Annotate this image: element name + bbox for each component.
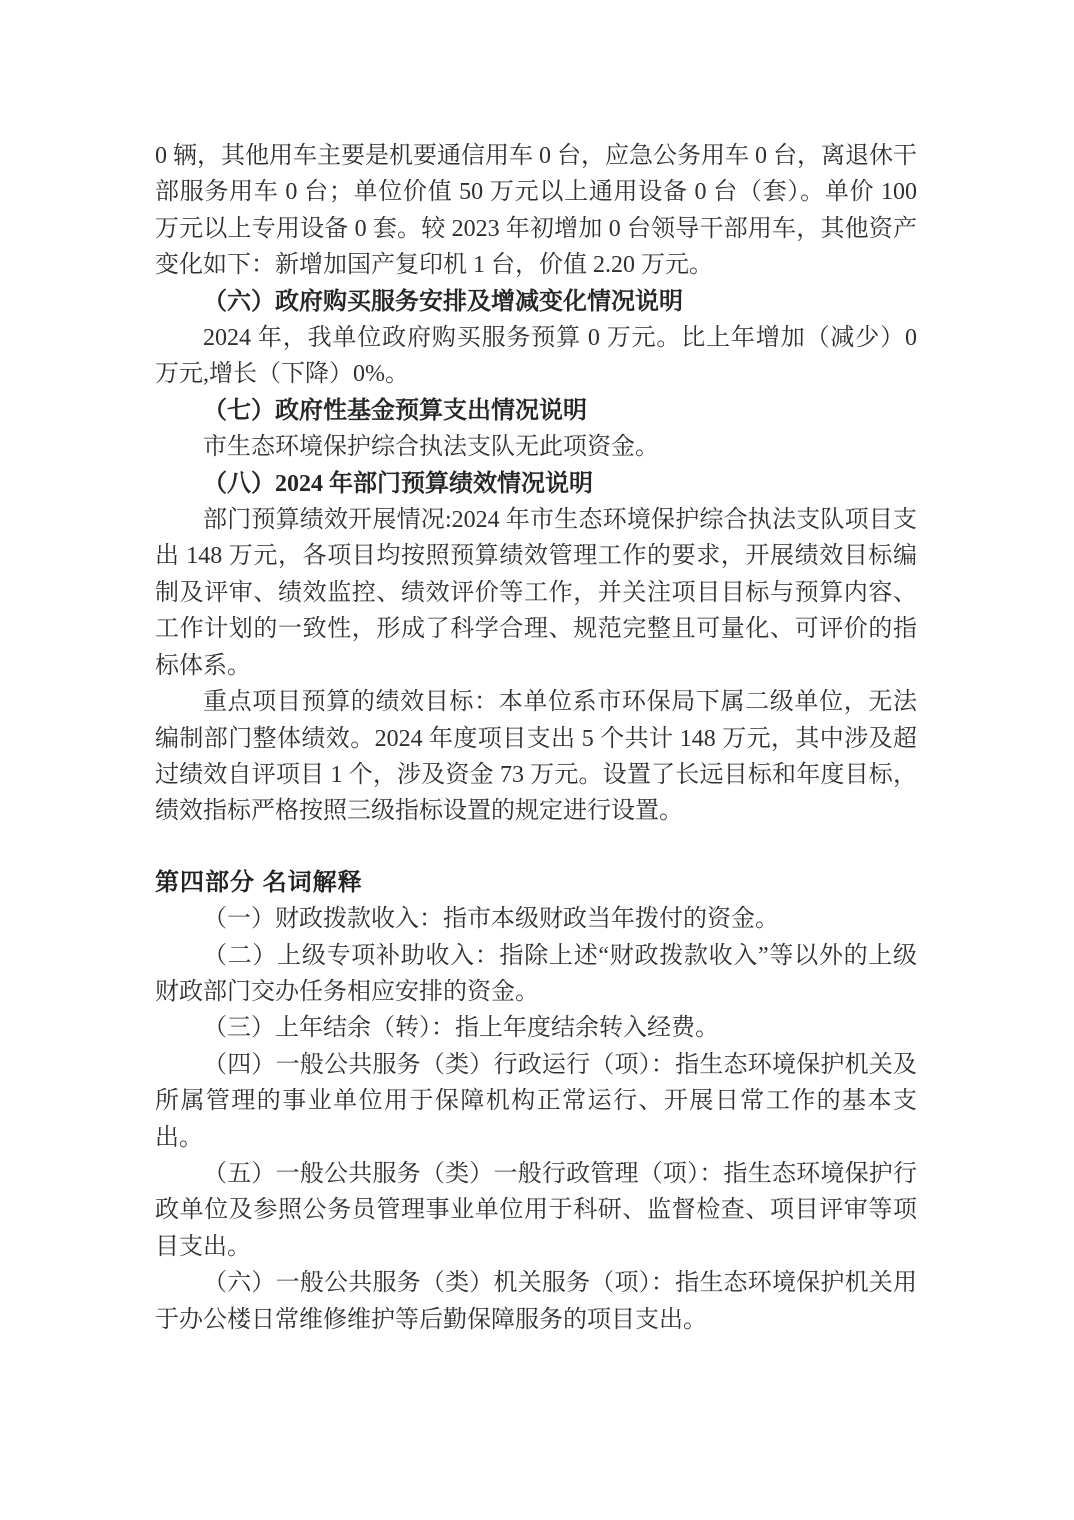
paragraph: （五）一般公共服务（类）一般行政管理（项）：指生态环境保护行政单位及参照公务员管… xyxy=(155,1156,917,1265)
document-page: 0 辆，其他用车主要是机要通信用车 0 台，应急公务用车 0 台，离退休干部服务… xyxy=(0,0,1074,1520)
paragraph: 市生态环境保护综合执法支队无此项资金。 xyxy=(155,429,917,465)
paragraph: 2024 年，我单位政府购买服务预算 0 万元。比上年增加（减少）0 万元,增长… xyxy=(155,320,917,393)
paragraph: （六）一般公共服务（类）机关服务（项）：指生态环境保护机关用于办公楼日常维修维护… xyxy=(155,1265,917,1338)
paragraph: （三）上年结余（转）：指上年度结余转入经费。 xyxy=(155,1010,917,1046)
paragraph: 重点项目预算的绩效目标：本单位系市环保局下属二级单位，无法编制部门整体绩效。20… xyxy=(155,684,917,830)
document-content: 0 辆，其他用车主要是机要通信用车 0 台，应急公务用车 0 台，离退休干部服务… xyxy=(155,138,917,1338)
paragraph: （二）上级专项补助收入：指除上述“财政拨款收入”等以外的上级财政部门交办任务相应… xyxy=(155,938,917,1011)
paragraph: （一）财政拨款收入：指市本级财政当年拨付的资金。 xyxy=(155,901,917,937)
paragraph: 0 辆，其他用车主要是机要通信用车 0 台，应急公务用车 0 台，离退休干部服务… xyxy=(155,138,917,284)
subheading: （六）政府购买服务安排及增减变化情况说明 xyxy=(155,284,917,320)
subheading: （七）政府性基金预算支出情况说明 xyxy=(155,393,917,429)
subheading: （八）2024 年部门预算绩效情况说明 xyxy=(155,466,917,502)
paragraph: （四）一般公共服务（类）行政运行（项）：指生态环境保护机关及所属管理的事业单位用… xyxy=(155,1047,917,1156)
section-heading: 第四部分 名词解释 xyxy=(155,865,917,901)
paragraph: 部门预算绩效开展情况:2024 年市生态环境保护综合执法支队项目支出 148 万… xyxy=(155,502,917,684)
